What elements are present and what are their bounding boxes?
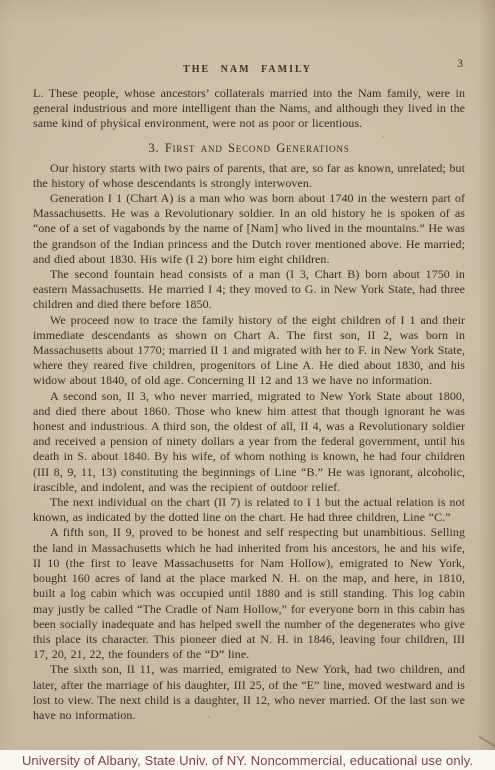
page-corner-crease bbox=[478, 735, 495, 748]
paragraph: The second fountain head consists of a m… bbox=[33, 267, 465, 313]
paragraph: The next individual on the chart (II 7) … bbox=[33, 495, 465, 525]
paragraph: A fifth son, II 9, proved to be honest a… bbox=[33, 525, 465, 662]
paragraph: Our history starts with two pairs of par… bbox=[33, 161, 465, 191]
scanned-book-page: THE NAM FAMILY 3 L. These people, whose … bbox=[0, 0, 495, 770]
page-number: 3 bbox=[457, 58, 463, 70]
page-header: THE NAM FAMILY 3 bbox=[0, 0, 495, 73]
paragraph: A second son, II 3, who never married, m… bbox=[33, 389, 465, 495]
paragraph-continuation: L. These people, whose ancestors’ collat… bbox=[33, 86, 465, 132]
paragraph: Generation I 1 (Chart A) is a man who wa… bbox=[33, 191, 465, 267]
scan-speckle bbox=[120, 118, 122, 120]
paragraph: We proceed now to trace the family histo… bbox=[33, 313, 465, 389]
paragraph: The sixth son, II 11, was married, emigr… bbox=[33, 662, 465, 723]
copyright-text: University of Albany, State Univ. of NY.… bbox=[22, 753, 473, 768]
section-heading: 3. First and Second Generations bbox=[33, 141, 465, 156]
copyright-footer: University of Albany, State Univ. of NY.… bbox=[0, 750, 495, 770]
running-title: THE NAM FAMILY bbox=[183, 64, 312, 75]
page-body: L. These people, whose ancestors’ collat… bbox=[33, 86, 465, 723]
